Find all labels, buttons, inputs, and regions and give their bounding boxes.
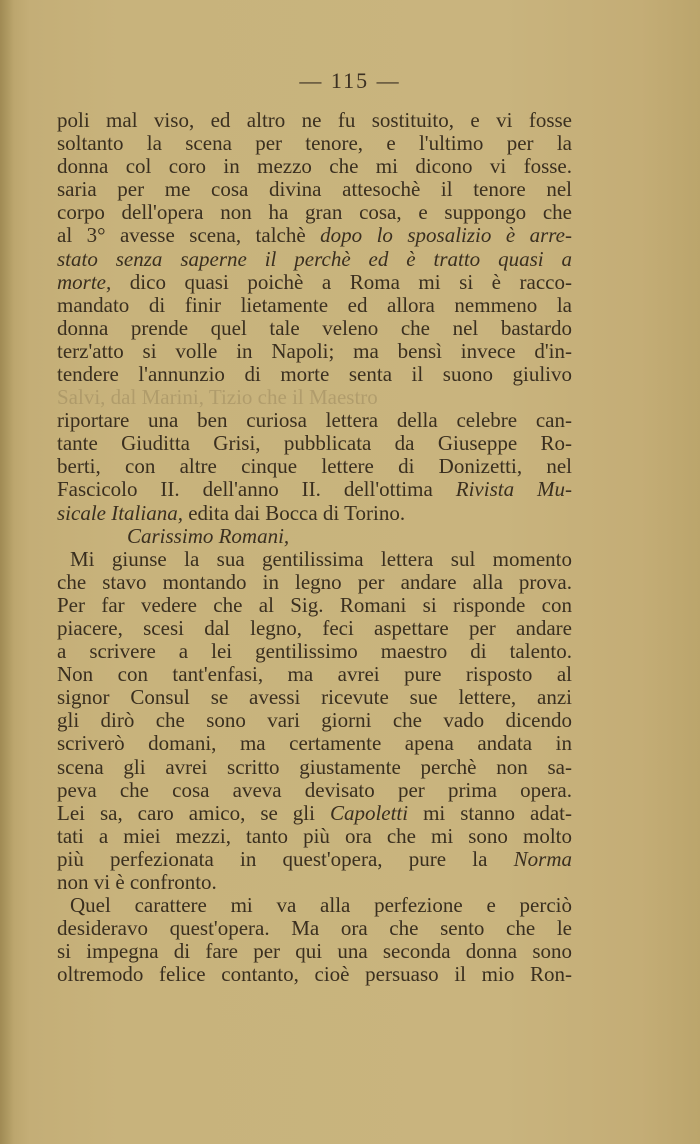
letter-salutation: Carissimo Romani, <box>57 525 572 548</box>
text-line: scena gli avrei scritto giustamente perc… <box>57 756 572 779</box>
text-line: scriverò domani, ma certamente apena and… <box>57 732 572 755</box>
text-line: tante Giuditta Grisi, pubblicata da Gius… <box>57 432 572 455</box>
text-line: donna prende quel tale veleno che nel ba… <box>57 317 572 340</box>
bleed-through-text: Salvi, dal Marini, Tizio che il Maestro <box>57 386 572 409</box>
roman-text: Fascicolo II. dell'anno II. dell'ottima <box>57 477 456 501</box>
text-line: terz'atto si volle in Napoli; ma bensì i… <box>57 340 572 363</box>
roman-text: edita dai Bocca di Torino. <box>183 501 405 525</box>
text-line: non vi è confronto. <box>57 871 572 894</box>
italic-text: Norma <box>514 847 572 871</box>
text-line: Per far vedere che al Sig. Romani si ris… <box>57 594 572 617</box>
text-line: saria per me cosa divina attesochè il te… <box>57 178 572 201</box>
text-line: più perfezionata in quest'opera, pure la… <box>57 848 572 871</box>
italic-text: stato senza saperne il perchè ed è tratt… <box>57 247 572 271</box>
text-line: Non con tant'enfasi, ma avrei pure rispo… <box>57 663 572 686</box>
roman-text: mi stanno adat- <box>408 801 572 825</box>
italic-text: morte, <box>57 270 111 294</box>
text-line: piacere, scesi dal legno, feci aspettare… <box>57 617 572 640</box>
text-line: Fascicolo II. dell'anno II. dell'ottima … <box>57 478 572 501</box>
text-line: tati a miei mezzi, tanto più ora che mi … <box>57 825 572 848</box>
text-line: donna col coro in mezzo che mi dicono vi… <box>57 155 572 178</box>
text-line: tendere l'annunzio di morte senta il suo… <box>57 363 572 386</box>
text-line: berti, con altre cinque lettere di Doniz… <box>57 455 572 478</box>
italic-text: Capoletti <box>330 801 408 825</box>
text-line: sicale Italiana, edita dai Bocca di Tori… <box>57 502 572 525</box>
text-line: desideravo quest'opera. Ma ora che sento… <box>57 917 572 940</box>
text-line: che stavo montando in legno per andare a… <box>57 571 572 594</box>
italic-text: dopo lo sposalizio è arre- <box>320 223 572 247</box>
text-line: Quel carattere mi va alla perfezione e p… <box>57 894 572 917</box>
roman-text: più perfezionata in quest'opera, pure la <box>57 847 514 871</box>
text-line: riportare una ben curiosa lettera della … <box>57 409 572 432</box>
text-line: signor Consul se avessi ricevute sue let… <box>57 686 572 709</box>
text-line: morte, dico quasi poichè a Roma mi si è … <box>57 271 572 294</box>
text-line: stato senza saperne il perchè ed è tratt… <box>57 248 572 271</box>
text-line: al 3° avesse scena, talchè dopo lo sposa… <box>57 224 572 247</box>
text-line: a scrivere a lei gentilissimo maestro di… <box>57 640 572 663</box>
text-line: oltremodo felice contanto, cioè persuaso… <box>57 963 572 986</box>
book-spine-shadow <box>0 0 14 1144</box>
text-line: gli dirò che sono vari giorni che vado d… <box>57 709 572 732</box>
text-line: Lei sa, caro amico, se gli Capoletti mi … <box>57 802 572 825</box>
italic-text: sicale Italiana, <box>57 501 183 525</box>
roman-text: Lei sa, caro amico, se gli <box>57 801 330 825</box>
roman-text: al 3° avesse scena, talchè <box>57 223 320 247</box>
page-body: poli mal viso, ed altro ne fu sostituito… <box>57 109 572 986</box>
roman-text: dico quasi poichè a Roma mi si è racco- <box>111 270 572 294</box>
text-line: mandato di finir lietamente ed allora ne… <box>57 294 572 317</box>
italic-text: Rivista Mu- <box>456 477 572 501</box>
text-line: poli mal viso, ed altro ne fu sostituito… <box>57 109 572 132</box>
text-line: si impegna di fare per qui una seconda d… <box>57 940 572 963</box>
text-line: peva che cosa aveva devisato per prima o… <box>57 779 572 802</box>
text-line: corpo dell'opera non ha gran cosa, e sup… <box>57 201 572 224</box>
text-line: soltanto la scena per tenore, e l'ultimo… <box>57 132 572 155</box>
page-number: — 115 — <box>0 68 700 94</box>
text-line: Mi giunse la sua gentilissima lettera su… <box>57 548 572 571</box>
salutation-text: Carissimo Romani, <box>127 524 289 548</box>
